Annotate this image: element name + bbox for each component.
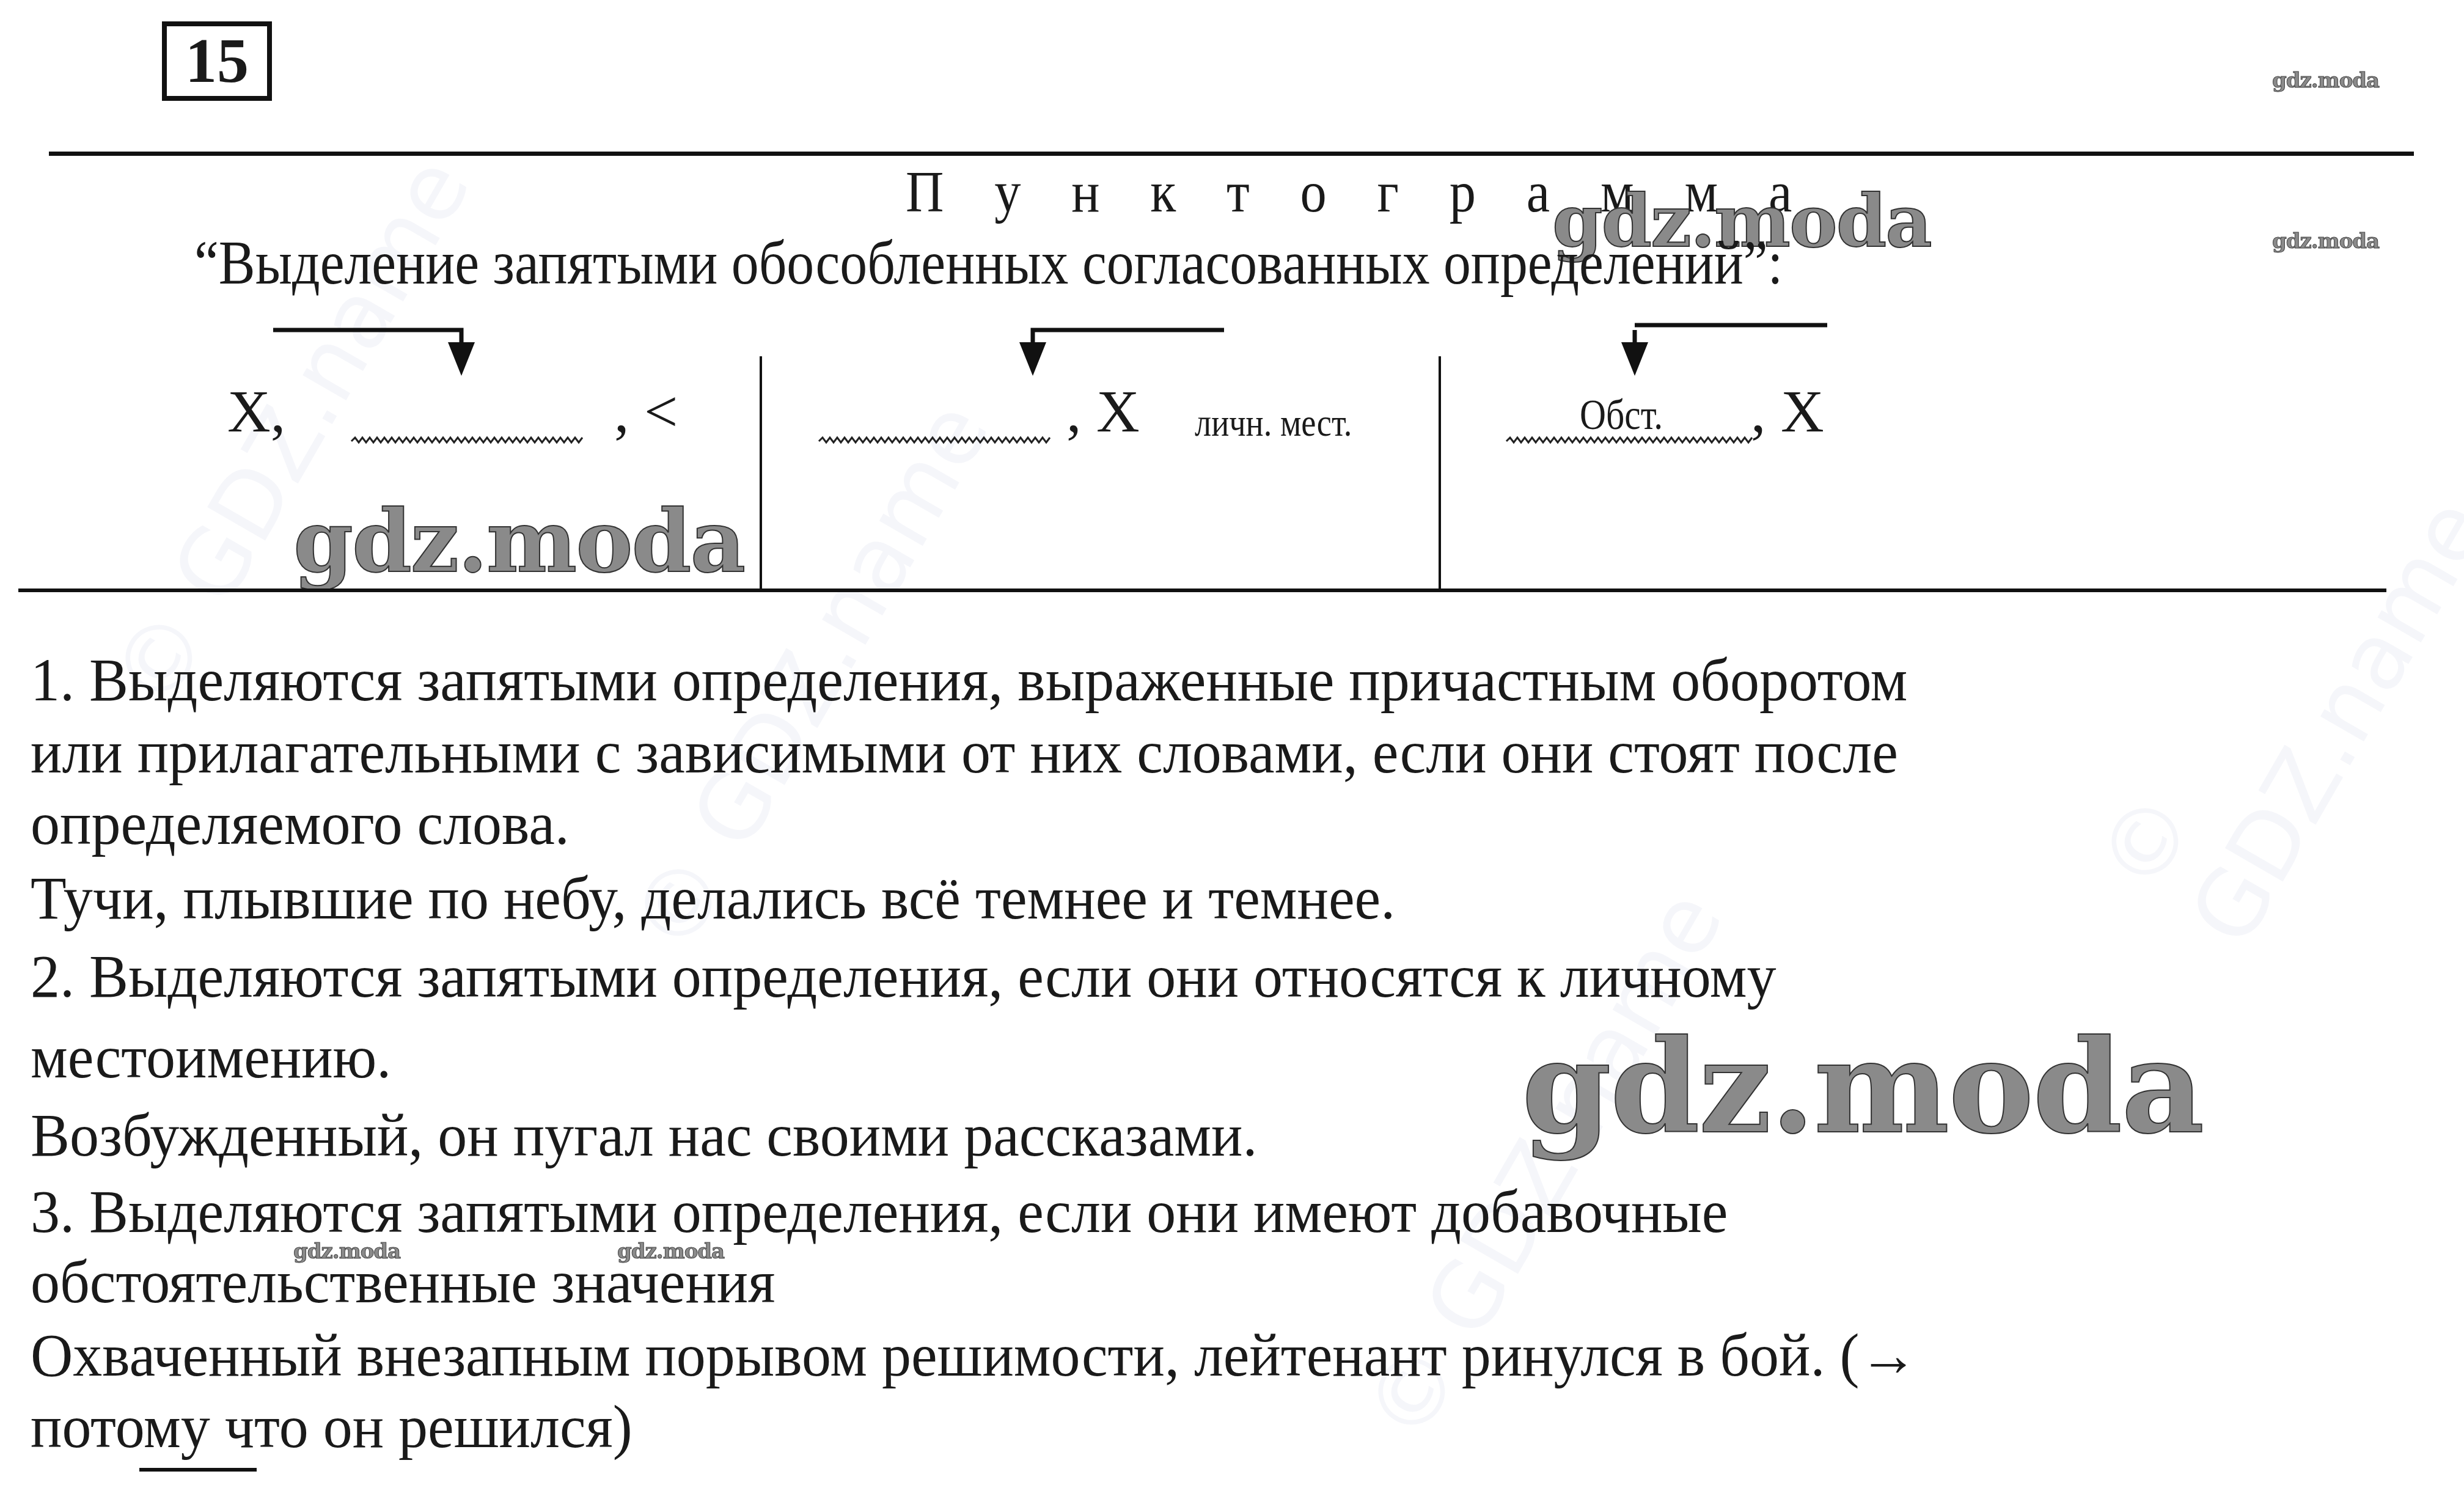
scheme-punctuation: , X bbox=[1751, 378, 1824, 446]
page-subtitle: “Выделение запятыми обособленных согласо… bbox=[194, 227, 1783, 299]
rule-2-text: 2. Выделяются запятыми определения, если… bbox=[31, 941, 1777, 1011]
rule-1-text: определяемого слова. bbox=[31, 788, 570, 859]
scheme-word-x: X, bbox=[227, 378, 285, 446]
scheme-punctuation: , < bbox=[614, 378, 678, 446]
watermark-logo: gdz.moda bbox=[1522, 1011, 2203, 1162]
rule-1-example: Тучи, плывшие по небу, делались всё темн… bbox=[31, 863, 1395, 933]
task-number: 15 bbox=[162, 21, 272, 101]
watermark-logo: gdz.moda bbox=[293, 492, 744, 592]
header-rule bbox=[49, 152, 2414, 156]
scheme-divider bbox=[760, 356, 762, 592]
scheme-bottom-rule bbox=[18, 588, 2386, 592]
rule-3-example: потому что он решился) bbox=[31, 1391, 632, 1462]
rule-2-text: местоимению. bbox=[31, 1022, 391, 1092]
rule-1-text: 1. Выделяются запятыми определения, выра… bbox=[31, 645, 1907, 715]
background-watermark: © GDZ.name bbox=[2078, 428, 2464, 962]
rule-3-text: обстоятельственные значения bbox=[31, 1247, 775, 1317]
wavy-underline bbox=[0, 0, 1, 1]
rule-3-text: 3. Выделяются запятыми определения, если… bbox=[31, 1176, 1728, 1247]
rule-3-example: Охваченный внезапным порывом решимости, … bbox=[31, 1320, 1918, 1390]
scheme-divider bbox=[1439, 356, 1441, 592]
scheme-label: Обст. bbox=[1580, 391, 1663, 440]
scheme-note: личн. мест. bbox=[1195, 400, 1352, 446]
scheme-punctuation: , X bbox=[1066, 378, 1140, 446]
morpheme-underline bbox=[139, 1468, 257, 1472]
watermark-logo: gdz.moda bbox=[2272, 229, 2379, 254]
watermark-logo: gdz.moda bbox=[2272, 68, 2379, 93]
rule-2-example: Возбужденный, он пугал нас своими расска… bbox=[31, 1100, 1257, 1170]
rule-1-text: или прилагательными с зависимыми от них … bbox=[31, 717, 1898, 787]
